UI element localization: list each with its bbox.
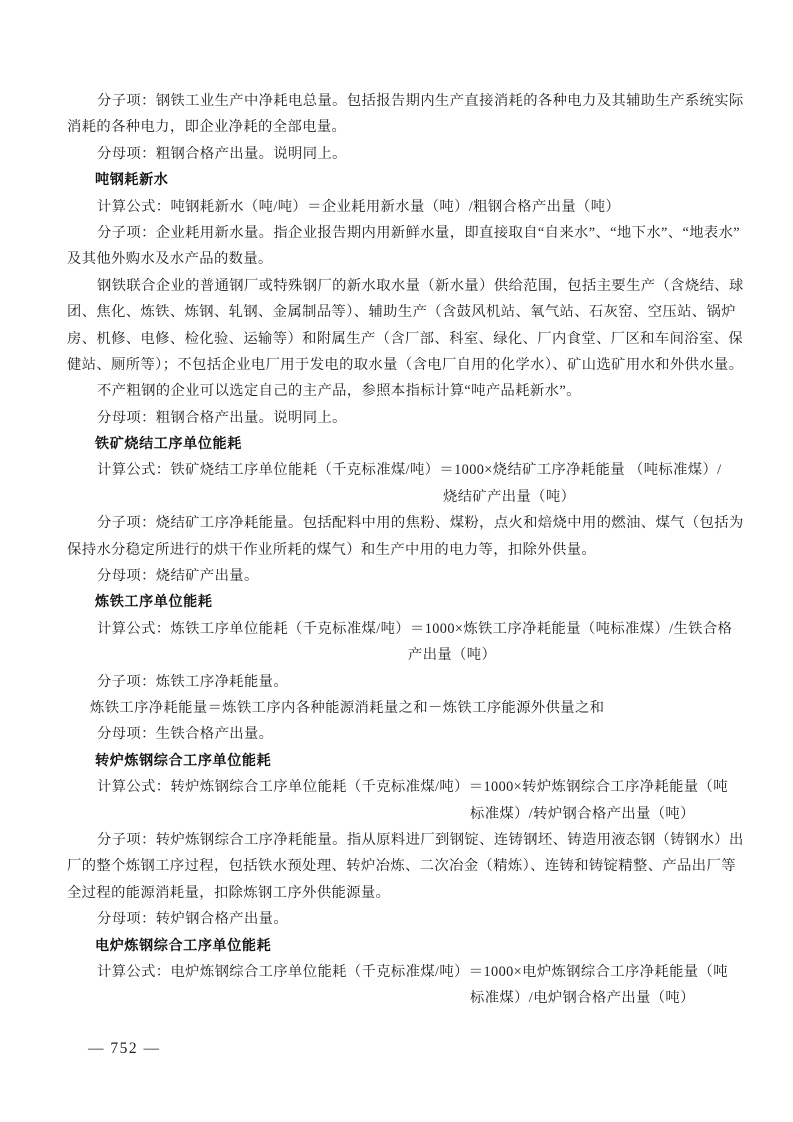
section-heading: 电炉炼钢综合工序单位能耗 [67,933,727,959]
text-line: 计算公式：电炉炼钢综合工序单位能耗（千克标准煤/吨）＝1000×电炉炼钢综合工序… [67,959,727,985]
section-heading: 吨钢耗新水 [67,167,727,193]
section-heading: 铁矿烧结工序单位能耗 [67,431,727,457]
text-line: 分子项：钢铁工业生产中净耗电总量。包括报告期内生产直接消耗的各种电力及其辅助生产… [67,88,727,114]
text-line: 消耗的各种电力，即企业净耗的全部电量。 [67,114,727,140]
text-line: 分子项：转炉炼钢综合工序净耗能量。指从原料进厂到钢锭、连铸钢坯、铸造用液态钢（铸… [67,827,727,853]
text-line: 保持水分稳定所进行的烘干作业所耗的煤气）和生产中用的电力等，扣除外供量。 [67,537,727,563]
text-line: 分母项：转炉钢合格产出量。 [67,906,727,932]
text-line: 全过程的能源消耗量，扣除炼钢工序外供能源量。 [67,880,727,906]
section-heading: 炼铁工序单位能耗 [67,589,727,615]
text-line: 不产粗钢的企业可以选定自己的主产品，参照本指标计算“吨产品耗新水”。 [67,378,727,404]
text-line: 及其他外购水及水产品的数量。 [67,246,727,272]
text-line: 计算公式：转炉炼钢综合工序单位能耗（千克标准煤/吨）＝1000×转炉炼钢综合工序… [67,774,727,800]
text-line: 分子项：炼铁工序净耗能量。 [67,669,727,695]
text-line: 团、焦化、炼铁、炼钢、轧钢、金属制品等）、辅助生产（含鼓风机站、氧气站、石灰窑、… [67,299,727,325]
text-line: 分子项：企业耗用新水量。指企业报告期内用新鲜水量，即直接取自“自来水”、“地下水… [67,220,727,246]
text-line: 房、机修、电修、检化验、运输等）和附属生产（含厂部、科室、绿化、厂内食堂、厂区和… [67,326,727,352]
document-lines: 分子项：钢铁工业生产中净耗电总量。包括报告期内生产直接消耗的各种电力及其辅助生产… [67,88,727,1012]
text-line: 分子项：烧结矿工序净耗能量。包括配料中用的焦粉、煤粉，点火和焙烧中用的燃油、煤气… [67,510,727,536]
text-line: 炼铁工序净耗能量＝炼铁工序内各种能源消耗量之和－炼铁工序能源外供量之和 [67,695,727,721]
text-line: 标准煤）/电炉钢合格产出量（吨） [67,985,727,1011]
section-heading: 转炉炼钢综合工序单位能耗 [67,748,727,774]
text-line: 产出量（吨） [67,642,727,668]
text-line: 分母项：粗钢合格产出量。说明同上。 [67,141,727,167]
text-line: 计算公式：炼铁工序单位能耗（千克标准煤/吨）＝1000×炼铁工序净耗能量（吨标准… [67,616,727,642]
text-line: 厂的整个炼钢工序过程，包括铁水预处理、转炉冶炼、二次冶金（精炼）、连铸和铸锭精整… [67,853,727,879]
text-line: 计算公式：吨钢耗新水（吨/吨）＝企业耗用新水量（吨）/粗钢合格产出量（吨） [67,194,727,220]
text-line: 健站、厕所等）；不包括企业电厂用于发电的取水量（含电厂自用的化学水）、矿山选矿用… [67,352,727,378]
text-line: 烧结矿产出量（吨） [67,484,727,510]
text-line: 标准煤）/转炉钢合格产出量（吨） [67,801,727,827]
text-line: 分母项：粗钢合格产出量。说明同上。 [67,405,727,431]
document-page: 分子项：钢铁工业生产中净耗电总量。包括报告期内生产直接消耗的各种电力及其辅助生产… [67,88,727,1012]
text-line: 分母项：生铁合格产出量。 [67,721,727,747]
page-number: — 752 — [88,1040,161,1058]
text-line: 钢铁联合企业的普通钢厂或特殊钢厂的新水取水量（新水量）供给范围，包括主要生产（含… [67,273,727,299]
text-line: 计算公式：铁矿烧结工序单位能耗（千克标准煤/吨）＝1000×烧结矿工序净耗能量 … [67,457,727,483]
text-line: 分母项：烧结矿产出量。 [67,563,727,589]
